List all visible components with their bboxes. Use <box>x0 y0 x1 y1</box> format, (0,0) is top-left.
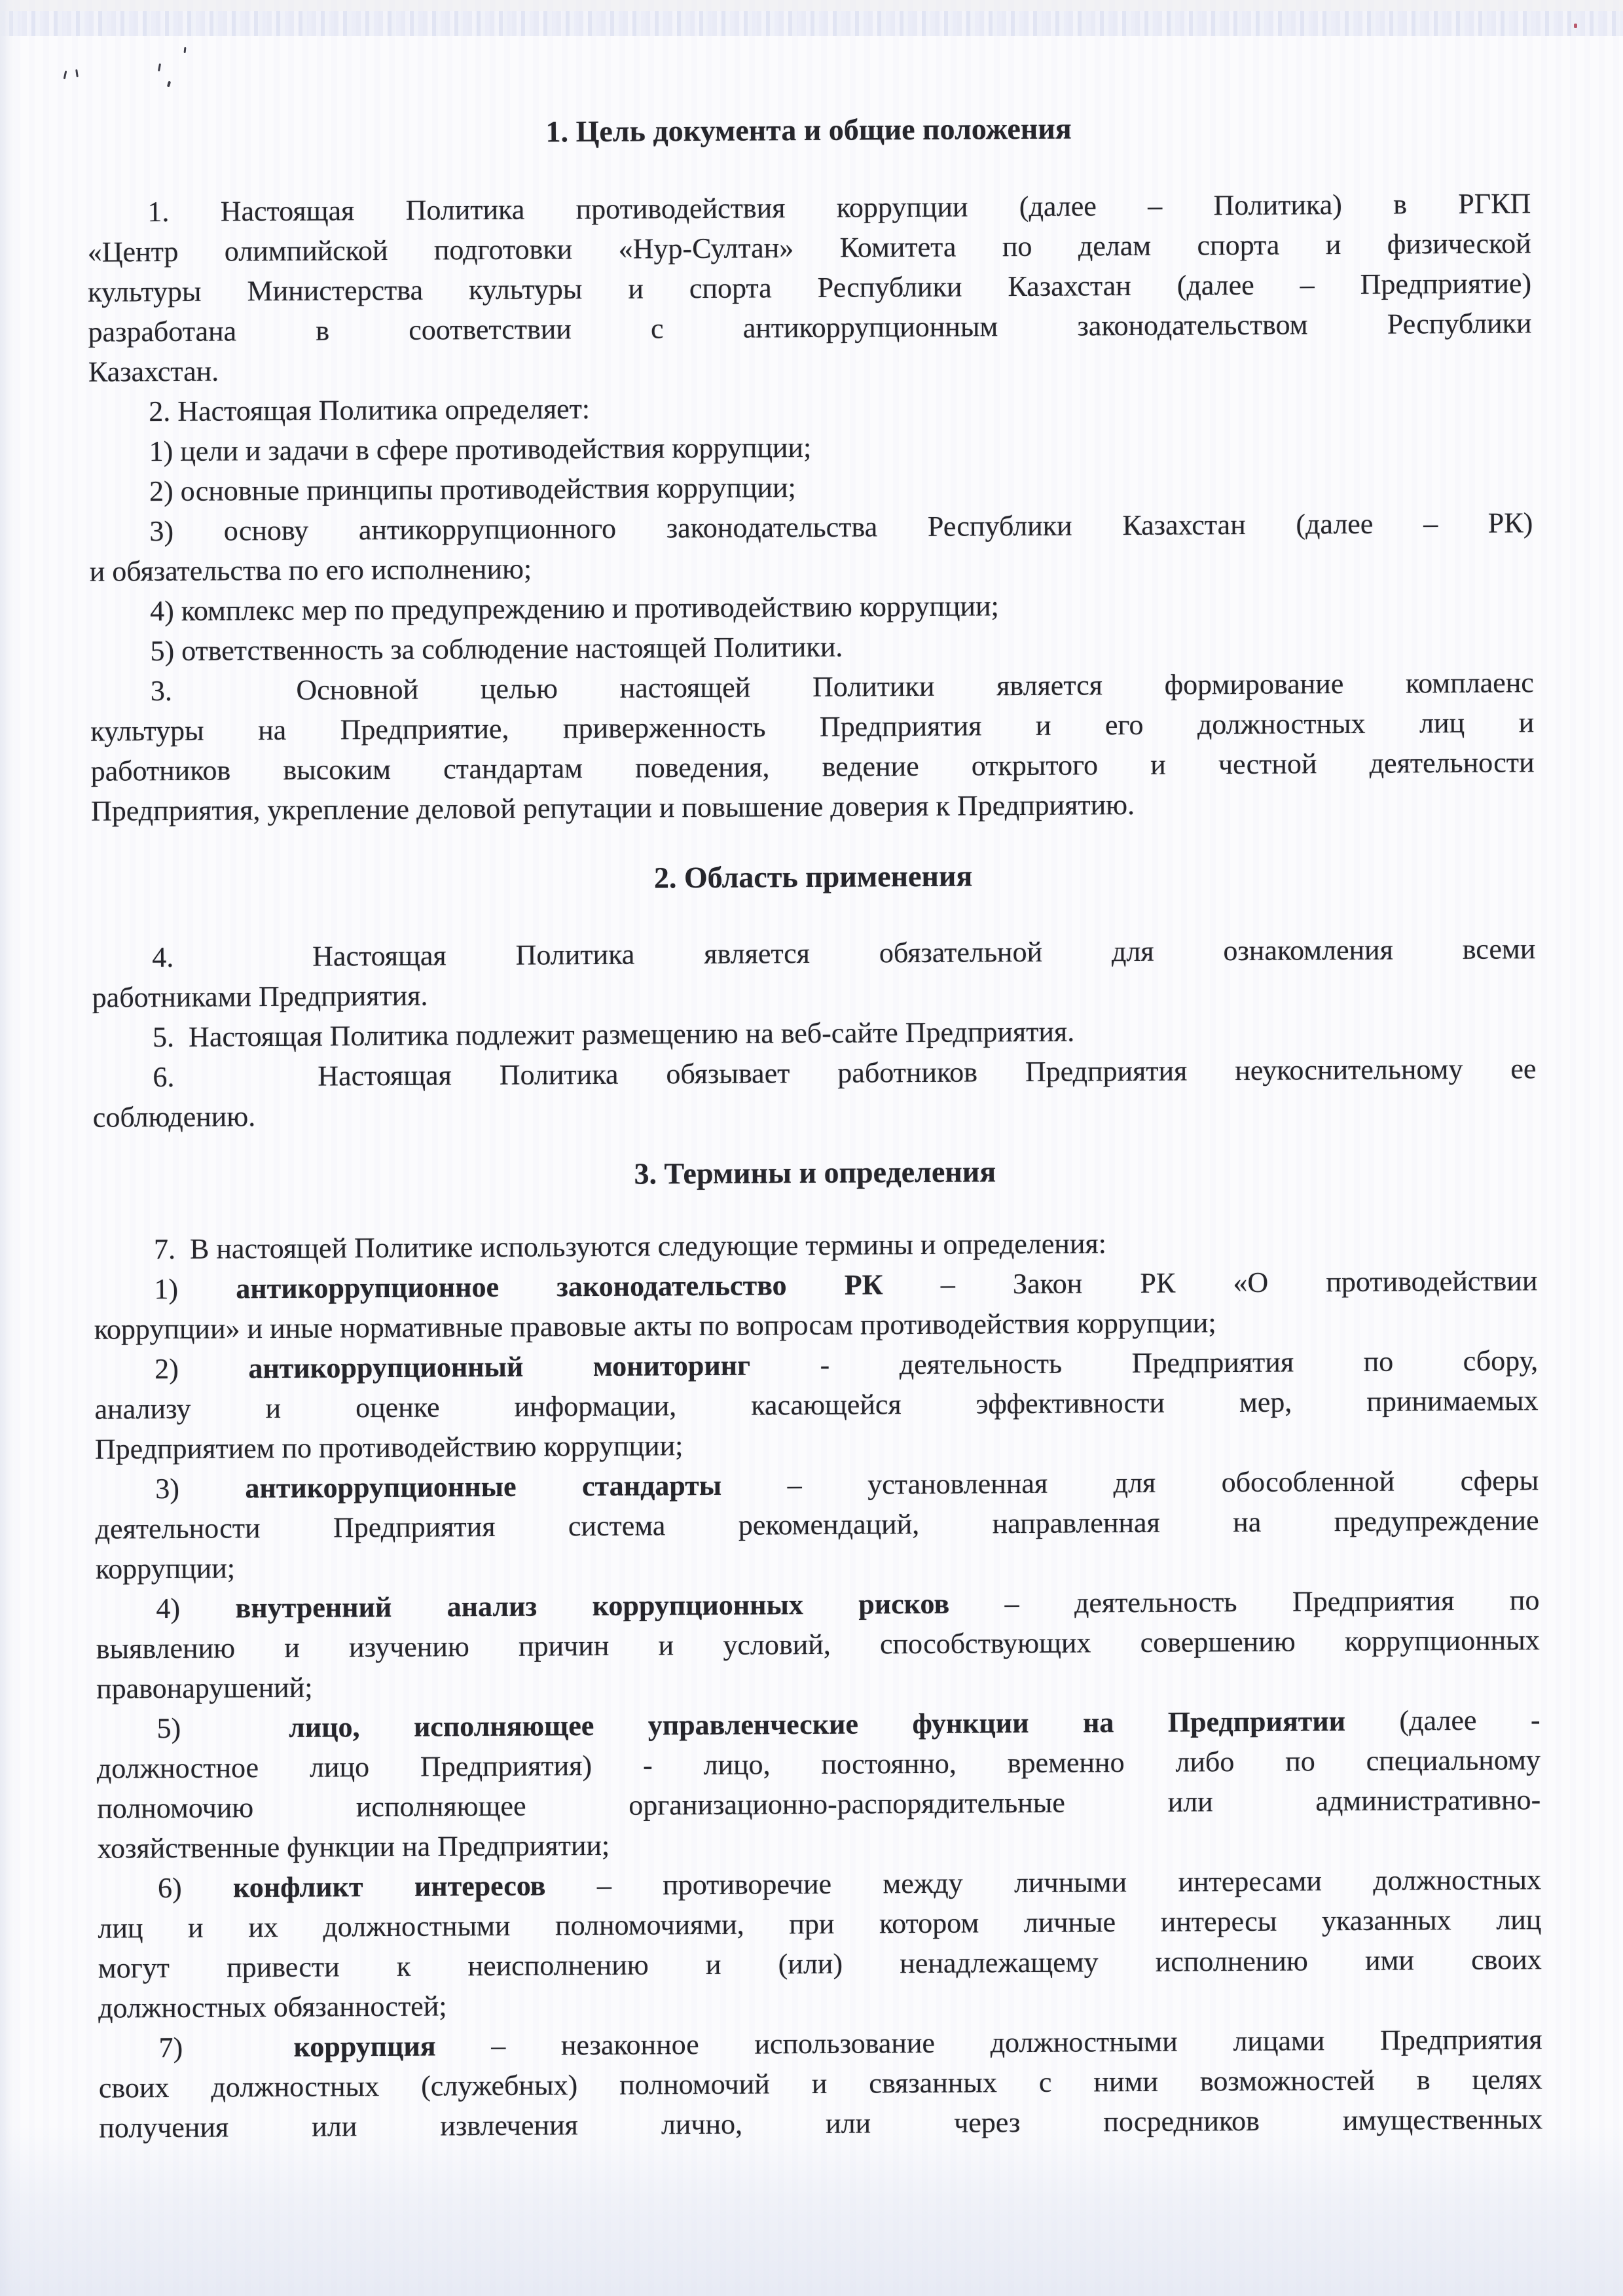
section-1-title: 1. Цель документа и общие положения <box>86 105 1530 154</box>
term-number: 3) <box>155 1473 179 1505</box>
term-name: антикоррупционное законодательство РК <box>236 1268 883 1304</box>
term-name: антикоррупционные стандарты <box>245 1469 721 1504</box>
term-text: – деятельность Предприятия по <box>949 1584 1540 1620</box>
term-name: внутренний анализ коррупционных рисков <box>235 1588 949 1624</box>
term-number: 4) <box>156 1592 180 1624</box>
term-number: 1) <box>154 1273 178 1305</box>
term-item-2: 2) антикоррупционный мониторинг - деятел… <box>94 1340 1539 1469</box>
text-line: Предприятия, укрепление деловой репутаци… <box>91 782 1535 831</box>
term-number: 7) <box>158 2031 238 2064</box>
term-number: 5) <box>156 1712 234 1744</box>
section-3-title: 3. Термины и определения <box>93 1148 1537 1196</box>
term-text: – незаконное использование должностными … <box>435 2023 1542 2062</box>
paragraph-3: 3. Основной целью настоящей Политики явл… <box>90 662 1535 831</box>
term-name: коррупция <box>293 2030 435 2063</box>
document-content: 1. Цель документа и общие положения 1. Н… <box>0 0 1623 2296</box>
section-2-title: 2. Область применения <box>91 852 1535 901</box>
scanned-document-page: 1. Цель документа и общие положения 1. Н… <box>0 0 1623 2296</box>
term-name: конфликт интересов <box>233 1870 546 1904</box>
term-text: - деятельность Предприятия по сбору, <box>750 1344 1538 1381</box>
paragraph-4: 4. Настоящая Политика является обязатель… <box>92 929 1536 1017</box>
paragraph-2: 2. Настоящая Политика определяет: 1) цел… <box>88 383 1534 671</box>
term-item-3: 3) антикоррупционные стандарты – установ… <box>95 1460 1539 1588</box>
term-number: 2) <box>155 1353 179 1385</box>
term-item-1: 1) антикоррупционное законодательство РК… <box>94 1261 1538 1349</box>
term-text: – Закон РК «О противодействии <box>883 1265 1537 1300</box>
term-text: (далее - <box>1345 1704 1541 1737</box>
term-number: 6) <box>158 1872 182 1904</box>
text-line: получения или извлечения лично, или чере… <box>99 2099 1542 2147</box>
term-item-7: 7) коррупция – незаконное использование … <box>98 2019 1542 2147</box>
term-name: лицо, исполняющее управленческие функции… <box>289 1705 1345 1744</box>
term-text: – установленная для обособленной сферы <box>721 1464 1539 1501</box>
term-item-6: 6) конфликт интересов – противоречие меж… <box>98 1859 1542 2028</box>
term-item-4: 4) внутренний анализ коррупционных риско… <box>96 1580 1540 1708</box>
term-item-5: 5) лицо, исполняющее управленческие функ… <box>96 1700 1541 1868</box>
paragraph-1: 1. Настоящая Политика противодействия ко… <box>87 183 1532 391</box>
term-text: – противоречие между личными интересами … <box>545 1863 1541 1901</box>
paragraph-6: 6. Настоящая Политика обязывает работник… <box>92 1049 1537 1137</box>
term-name: антикоррупционный мониторинг <box>248 1350 750 1385</box>
